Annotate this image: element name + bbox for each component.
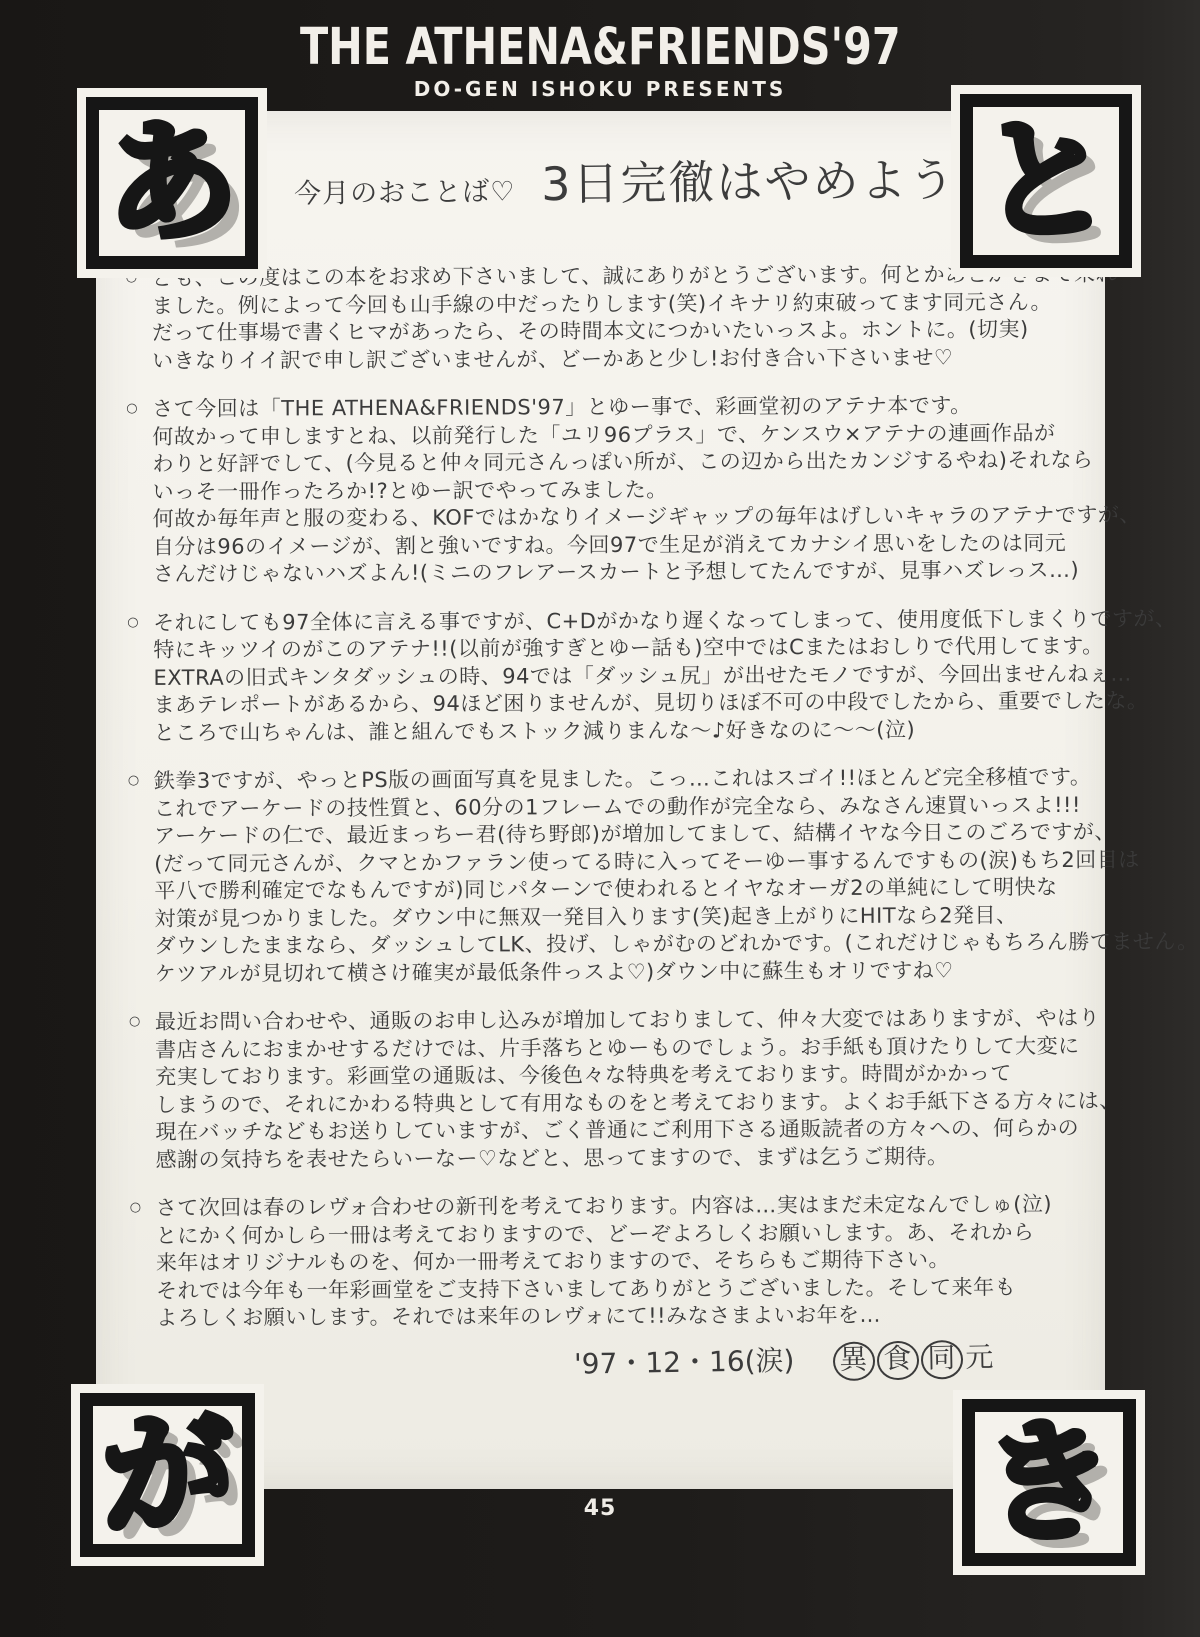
corner-kana-a: あ [104,115,241,252]
corner-kana-ki: き [981,1414,1118,1551]
paragraph-bullet: ○ [130,1200,141,1215]
text-line: よろしくお願いします。それでは来年のレヴォにて!!みなさまよいお年を… [156,1301,1074,1333]
paragraph-about-book: ○ さて今回は「THE ATHENA&FRIENDS'97」とゆー事で、彩画堂初… [120,392,1071,589]
text-line: ども、この度はこの本をお求め下さいまして、誠にありがとうございます。何とかあとが… [152,261,1070,293]
motto-lead-text: 今月のおことば♡ [294,176,516,209]
text-line: いっそ一冊作ったろか!?とゆー訳でやってみました。 [153,474,1071,506]
corner-box-top-left: あ [77,88,267,278]
text-line: 書店さんにおまかせするだけでは、片手落ちとゆーものでしょう。お手紙も頂けたりして… [155,1032,1073,1064]
text-line: 充実しております。彩画堂の通販は、今後色々な特典を考えております。時間がかかって [155,1060,1073,1092]
text-line: (だって同元さんが、クマとかファラン使ってる時に入ってそーゆー事するんですもの(… [154,846,1072,878]
corner-kana-to: と [978,113,1115,250]
paragraph-bullet: ○ [129,1014,140,1029]
text-line: それにしても97全体に言える事ですが、C+Dがかなり遅くなってしまって、使用度低… [153,605,1071,637]
text-line: 特にキッツイのがこのアテナ!!(以前が強すぎとゆー話も)空中ではCまたはおしりで… [153,633,1071,665]
signature-char: 異 [833,1341,876,1381]
monthly-motto: 今月のおことば♡3日完徹はやめよう!! [294,143,998,216]
text-line: しまうので、それにかわる特典として有用なものをと考えております。よくお手紙下さる… [155,1087,1073,1119]
corner-frame: あ [86,97,258,269]
text-line: 平八で勝利確定でなもんですが)同じパターンで使われるとイヤなオーガ2の単純にして… [154,874,1072,906]
text-line: ました。例によって今回も山手線の中だったりします(笑)イキナリ約束破ってます同元… [152,288,1070,320]
text-line: 何故かって申しますとね、以前発行した「ユリ96プラス」で、ケンスウ×アテナの連画… [152,419,1070,451]
text-line: いきなりイイ訳で申し訳ございませんが、どーかあと少し!お付き合い下さいませ♡ [152,343,1070,375]
paragraph-bullet: ○ [127,614,138,629]
text-line: 感謝の気持ちを表せたらいーなー♡などと、思ってますので、まずは乞うご期待。 [155,1142,1073,1174]
afterword-body: ○ 度 ども、この度はこの本をお求め下さいまして、誠にありがとうございます。何と… [120,261,1075,1354]
paragraph-mailorder: ○ 最近お問い合わせや、通販のお申し込みが増加しておりまして、仲々大変ではありま… [123,1005,1074,1174]
signature-char: 元 [965,1340,996,1374]
corner-box-bottom-left: が [71,1384,264,1566]
signature-row: '97・12・16(涙) 異食同元 [574,1335,996,1385]
text-line: さて次回は春のレヴォ合わせの新刊を考えております。内容は…実はまだ未定なんでしゅ… [156,1191,1074,1223]
paragraph-bullet: ○ [128,773,139,788]
text-line: これでアーケードの技性質と、60分の1フレームでの動作が完全なら、みなさん速買い… [154,791,1072,823]
text-line: 何故か毎年声と服の変わる、KOFではかなりイメージギャップの毎年はげしいキャラの… [153,502,1071,534]
corner-kana-ga: が [99,1407,236,1544]
signature-char: 同 [921,1340,964,1380]
scanned-afterword-page: THE ATHENA&FRIENDS'97 DO-GEN ISHOKU PRES… [0,0,1200,1637]
paragraph-greeting: ○ 度 ども、この度はこの本をお求め下さいまして、誠にありがとうございます。何と… [120,261,1070,375]
text-line: 最近お問い合わせや、通販のお申し込みが増加しておりまして、仲々大変ではありますが… [155,1005,1073,1037]
text-line: 来年はオリジナルものを、何か一冊考えておりますので、そちらもご期待下さい。 [156,1246,1074,1278]
paragraph-kof97: ○ それにしても97全体に言える事ですが、C+Dがかなり遅くなってしまって、使用… [121,605,1072,747]
text-line: さんだけじゃないハズよん!(ミニのフレアースカートと予想してたんですが、見事ハズ… [153,557,1071,589]
text-line: 対策が見つかりました。ダウン中に無双一発目入ります(笑)起き上がりにHITなら2… [154,901,1072,933]
paragraph-next-issue: ○ さて次回は春のレヴォ合わせの新刊を考えております。内容は…実はまだ未定なんで… [124,1191,1075,1333]
text-line: EXTRAの旧式キンタダッシュの時、94では「ダッシュ尻」が出せたモノですが、今… [153,660,1071,692]
text-line: 現在バッチなどもお送りしていますが、ごく普通にご利用下さる通販読者の方々への、何… [155,1115,1073,1147]
signature-char: 食 [877,1341,920,1381]
text-line: それでは今年も一年彩画堂をご支持下さいましてありがとうございました。そして来年も [156,1273,1074,1305]
text-line: さて今回は「THE ATHENA&FRIENDS'97」とゆー事で、彩画堂初のア… [152,392,1070,424]
text-line: 自分は96のイメージが、割と強いですね。今回97で生足が消えてカナシイ思いをした… [153,529,1071,561]
text-line: 鉄拳3ですが、やっとPS版の画面写真を見ました。こっ…これはスゴイ!!ほとんど完… [154,764,1072,796]
page-number: 45 [0,1496,1200,1521]
text-line: ケツアルが見切れて横さけ確実が最低条件っスよ♡)ダウン中に蘇生もオリですね♡ [155,956,1073,988]
text-line: ところで山ちゃんは、誰と組んでもストック減りまんな〜♪好きなのに〜〜(泣) [154,715,1072,747]
paper-area: 今月のおことば♡3日完徹はやめよう!! ○ 度 ども、この度はこの本をお求め下さ… [96,111,1105,1489]
text-line: だって仕事場で書くヒマがあったら、その時間本文につかいたいっスよ。ホントに。(切… [152,316,1070,348]
text-line: ダウンしたままなら、ダッシュしてLK、投げ、しゃがむのどれかです。(これだけじゃ… [155,929,1073,961]
paragraph-bullet: ○ [126,401,137,416]
text-line: とにかく何かしら一冊は考えておりますので、どーぞよろしくお願いします。あ、それか… [156,1218,1074,1250]
signature-date: '97・12・16(涙) [574,1344,795,1381]
text-line: わりと好評でして、(今見ると仲々同元さんっぽい所が、この辺から出たカンジするやね… [152,447,1070,479]
author-signature: 異食同元 [833,1340,996,1376]
corner-box-bottom-right: き [953,1390,1145,1575]
book-title: THE ATHENA&FRIENDS'97 [300,18,901,77]
text-line: まあテレポートがあるから、94ほど困りませんが、見切りほぼ不可の中段でしたから、… [153,688,1071,720]
motto-main-text: 3日完徹はやめよう!! [541,152,998,211]
corner-frame: き [962,1399,1136,1566]
paragraph-tekken3: ○ 鉄拳3ですが、やっとPS版の画面写真を見ました。こっ…これはスゴイ!!ほとん… [122,764,1073,988]
corner-box-top-right: と [951,85,1141,277]
corner-frame: と [960,94,1132,268]
corner-frame: が [80,1393,255,1557]
text-line: アーケードの仁で、最近まっちー君(待ち野郎)が増加してまして、結構イヤな今日この… [154,819,1072,851]
